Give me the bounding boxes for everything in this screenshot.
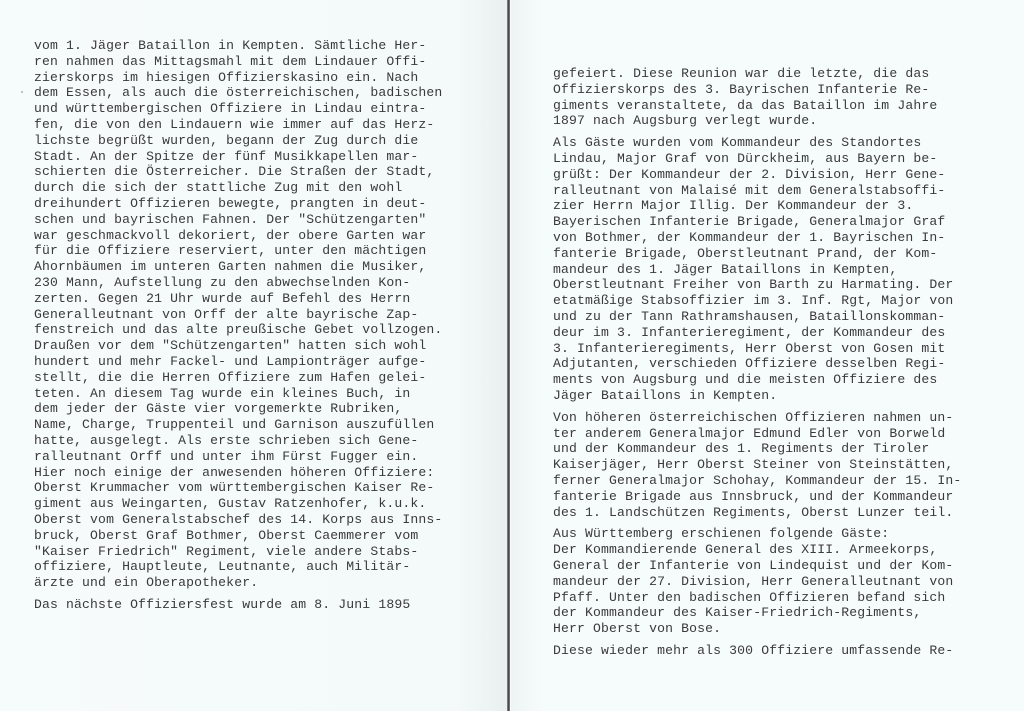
- text-line: dem jeder der Gäste vier vorgemerkte Rub…: [34, 401, 442, 417]
- text-line: Generalleutnant von Orff der alte bayris…: [34, 307, 442, 323]
- left-page-text: vom 1. Jäger Bataillon in Kempten. Sämtl…: [34, 38, 442, 613]
- text-line: deur im 3. Infanterieregiment, der Komma…: [553, 325, 961, 341]
- text-line: Diese wieder mehr als 300 Offiziere umfa…: [553, 643, 961, 659]
- text-line: Ahornbäumen im unteren Garten nahmen die…: [34, 259, 442, 275]
- text-line: ments von Augsburg und die meisten Offiz…: [553, 372, 961, 388]
- text-line: lichste begrüßt wurden, begann der Zug d…: [34, 133, 442, 149]
- right-page-text: gefeiert. Diese Reunion war die letzte, …: [553, 66, 961, 659]
- text-line: General der Infanterie von Lindequist un…: [553, 558, 961, 574]
- text-line: 230 Mann, Aufstellung zu den abwechselnd…: [34, 275, 442, 291]
- text-line: Oberst Krummacher vom württembergischen …: [34, 480, 442, 496]
- text-line: durch die sich der stattliche Zug mit de…: [34, 180, 442, 196]
- scan-speck: [21, 91, 23, 93]
- text-line: Das nächste Offiziersfest wurde am 8. Ju…: [34, 597, 442, 613]
- text-line: 3. Infanterieregiments, Herr Oberst von …: [553, 341, 961, 357]
- text-line: Jäger Bataillons in Kempten.: [553, 388, 961, 404]
- text-line: ärzte und ein Oberapotheker.: [34, 575, 442, 591]
- text-line: Adjutanten, verschieden Offiziere dessel…: [553, 356, 961, 372]
- paragraph: Diese wieder mehr als 300 Offiziere umfa…: [553, 643, 961, 659]
- text-line: Als Gäste wurden vom Kommandeur des Stan…: [553, 135, 961, 151]
- paragraph: Als Gäste wurden vom Kommandeur des Stan…: [553, 135, 961, 404]
- text-line: ferner Generalmajor Schohay, Kommandeur …: [553, 473, 961, 489]
- text-line: mandeur der 27. Division, Herr Generalle…: [553, 574, 961, 590]
- paragraph: Aus Württemberg erschienen folgende Gäst…: [553, 526, 961, 637]
- text-line: etatmäßige Stabsoffizier im 3. Inf. Rgt,…: [553, 293, 961, 309]
- text-line: ralleutnant Orff und unter ihm Fürst Fug…: [34, 449, 442, 465]
- left-page: vom 1. Jäger Bataillon in Kempten. Sämtl…: [0, 0, 508, 714]
- text-line: fenstreich und das alte preußische Gebet…: [34, 322, 442, 338]
- text-line: zerten. Gegen 21 Uhr wurde auf Befehl de…: [34, 291, 442, 307]
- text-line: Aus Württemberg erschienen folgende Gäst…: [553, 526, 961, 542]
- text-line: hatte, ausgelegt. Als erste schrieben si…: [34, 433, 442, 449]
- text-line: teten. An diesem Tag wurde ein kleines B…: [34, 386, 442, 402]
- text-line: mandeur des 1. Jäger Bataillons in Kempt…: [553, 262, 961, 278]
- text-line: zierskorps im hiesigen Offizierskasino e…: [34, 70, 442, 86]
- text-line: fen, die von den Lindauern wie immer auf…: [34, 117, 442, 133]
- text-line: grüßt: Der Kommandeur der 2. Division, H…: [553, 167, 961, 183]
- text-line: ren nahmen das Mittagsmahl mit dem Linda…: [34, 54, 442, 70]
- text-line: des 1. Landschützen Regiments, Oberst Lu…: [553, 505, 961, 521]
- text-line: gefeiert. Diese Reunion war die letzte, …: [553, 66, 961, 82]
- text-line: und zu der Tann Rathramshausen, Bataillo…: [553, 309, 961, 325]
- text-line: Lindau, Major Graf von Dürckheim, aus Ba…: [553, 151, 961, 167]
- text-line: fanterie Brigade, Oberstleutnant Prand, …: [553, 246, 961, 262]
- text-line: bruck, Oberst Graf Bothmer, Oberst Caemm…: [34, 528, 442, 544]
- text-line: dreihundert Offizieren bewegte, prangten…: [34, 196, 442, 212]
- text-line: dem Essen, als auch die österreichischen…: [34, 85, 442, 101]
- text-line: ralleutnant von Malaisé mit dem Generals…: [553, 183, 961, 199]
- text-line: für die Offiziere reserviert, unter den …: [34, 243, 442, 259]
- book-spread: vom 1. Jäger Bataillon in Kempten. Sämtl…: [0, 0, 1024, 714]
- text-line: vom 1. Jäger Bataillon in Kempten. Sämtl…: [34, 38, 442, 54]
- text-line: Stadt. An der Spitze der fünf Musikkapel…: [34, 149, 442, 165]
- text-line: zier Herrn Major Illig. Der Kommandeur d…: [553, 198, 961, 214]
- text-line: Bayerischen Infanterie Brigade, Generalm…: [553, 214, 961, 230]
- text-line: Kaiserjäger, Herr Oberst Steiner von Ste…: [553, 457, 961, 473]
- text-line: der Kommandeur des Kaiser-Friedrich-Regi…: [553, 605, 961, 621]
- book-spine: [507, 0, 510, 714]
- text-line: schen und bayrischen Fahnen. Der "Schütz…: [34, 212, 442, 228]
- text-line: Herr Oberst von Bose.: [553, 621, 961, 637]
- text-line: 1897 nach Augsburg verlegt wurde.: [553, 113, 961, 129]
- paragraph: Das nächste Offiziersfest wurde am 8. Ju…: [34, 597, 442, 613]
- paragraph: vom 1. Jäger Bataillon in Kempten. Sämtl…: [34, 38, 442, 591]
- text-line: schierten die Österreicher. Die Straßen …: [34, 164, 442, 180]
- text-line: hundert und mehr Fackel- und Lampionträg…: [34, 354, 442, 370]
- text-line: Offizierskorps des 3. Bayrischen Infante…: [553, 82, 961, 98]
- text-line: und württembergischen Offiziere in Linda…: [34, 101, 442, 117]
- text-line: Oberst vom Generalstabschef des 14. Korp…: [34, 512, 442, 528]
- text-line: giments veranstaltete, da das Bataillon …: [553, 98, 961, 114]
- right-page: gefeiert. Diese Reunion war die letzte, …: [511, 0, 1024, 714]
- text-line: Oberstleutnant Freiher von Barth zu Harm…: [553, 277, 961, 293]
- paragraph: Von höheren österreichischen Offizieren …: [553, 410, 961, 521]
- text-line: offiziere, Hauptleute, Leutnante, auch M…: [34, 559, 442, 575]
- text-line: war geschmackvoll dekoriert, der obere G…: [34, 228, 442, 244]
- text-line: giment aus Weingarten, Gustav Ratzenhofe…: [34, 496, 442, 512]
- text-line: Der Kommandierende General des XIII. Arm…: [553, 542, 961, 558]
- text-line: stellt, die die Herren Offiziere zum Haf…: [34, 370, 442, 386]
- text-line: Name, Charge, Truppenteil und Garnison a…: [34, 417, 442, 433]
- text-line: ter anderem Generalmajor Edmund Edler vo…: [553, 426, 961, 442]
- text-line: Pfaff. Unter den badischen Offizieren be…: [553, 590, 961, 606]
- text-line: von Bothmer, der Kommandeur der 1. Bayri…: [553, 230, 961, 246]
- text-line: "Kaiser Friedrich" Regiment, viele ander…: [34, 544, 442, 560]
- text-line: Draußen vor dem "Schützengarten" hatten …: [34, 338, 442, 354]
- text-line: fanterie Brigade aus Innsbruck, und der …: [553, 489, 961, 505]
- paragraph: gefeiert. Diese Reunion war die letzte, …: [553, 66, 961, 129]
- text-line: Hier noch einige der anwesenden höheren …: [34, 465, 442, 481]
- text-line: und der Kommandeur des 1. Regiments der …: [553, 441, 961, 457]
- text-line: Von höheren österreichischen Offizieren …: [553, 410, 961, 426]
